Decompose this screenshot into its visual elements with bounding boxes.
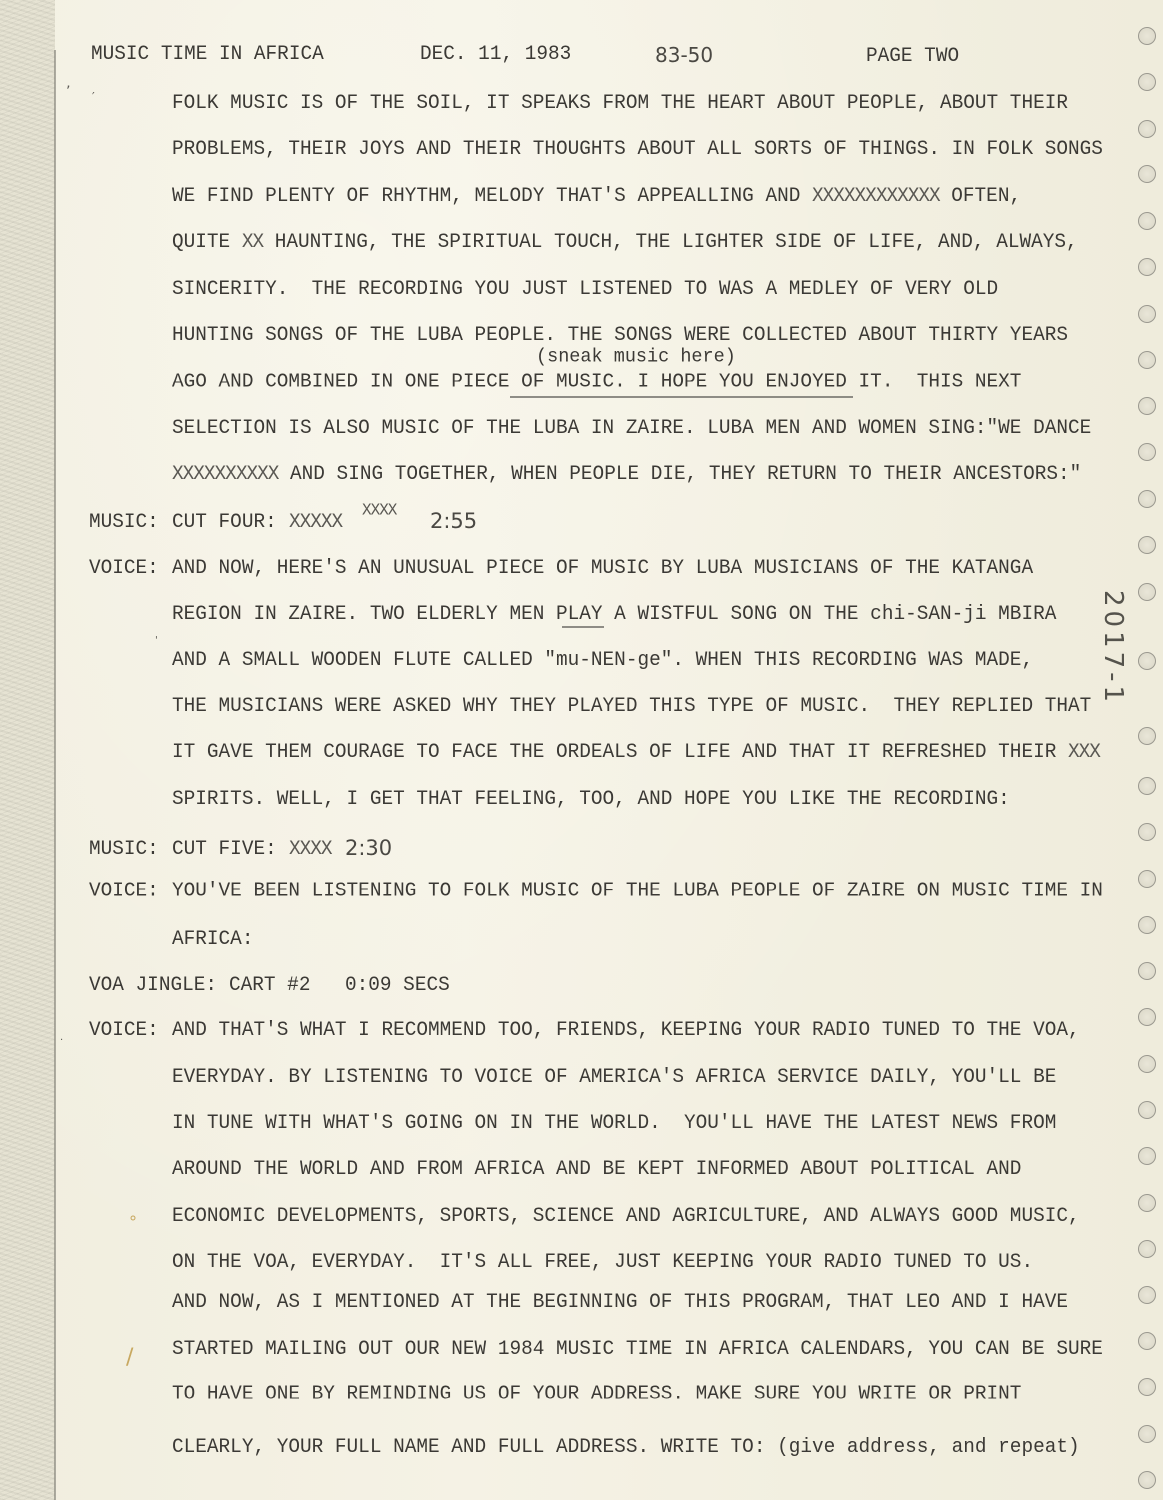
body-text: AND SING TOGETHER, WHEN PEOPLE DIE, THEY… — [278, 462, 1081, 485]
body-line: AND A SMALL WOODEN FLUTE CALLED "mu-NEN-… — [172, 649, 1033, 670]
header-date: DEC. 11, 1983 — [420, 43, 571, 64]
body-line: CLEARLY, YOUR FULL NAME AND FULL ADDRESS… — [172, 1436, 1080, 1457]
strikeout-text: XXXX — [362, 500, 396, 521]
binder-hole — [1138, 351, 1156, 369]
body-text: QUITE — [172, 230, 242, 253]
binder-hole — [1138, 443, 1156, 461]
binder-hole — [1138, 490, 1156, 508]
binder-hole — [1138, 397, 1156, 415]
stray-mark: / — [126, 1345, 133, 1370]
binder-hole — [1138, 165, 1156, 183]
cue-text: CUT FIVE: — [172, 838, 277, 859]
body-line: AROUND THE WORLD AND FROM AFRICA AND BE … — [172, 1158, 1021, 1179]
body-line: REGION IN ZAIRE. TWO ELDERLY MEN PLAY A … — [172, 603, 1056, 624]
binder-hole — [1138, 1240, 1156, 1258]
cue-duration: 2:30 — [345, 836, 392, 860]
binder-hole — [1138, 916, 1156, 934]
binder-hole — [1138, 27, 1156, 45]
binder-hole — [1138, 1194, 1156, 1212]
strikeout-text: XXXXX — [289, 511, 342, 532]
body-line: QUITE XX HAUNTING, THE SPIRITUAL TOUCH, … — [172, 231, 1078, 252]
body-line: AND THAT'S WHAT I RECOMMEND TOO, FRIENDS… — [172, 1019, 1080, 1040]
binder-hole — [1138, 583, 1156, 601]
stray-mark: · — [60, 1035, 63, 1046]
body-line: EVERYDAY. BY LISTENING TO VOICE OF AMERI… — [172, 1066, 1056, 1087]
binder-hole — [1138, 823, 1156, 841]
cue-duration: 2:55 — [430, 509, 477, 533]
ink-underline — [562, 626, 604, 628]
body-line: SINCERITY. THE RECORDING YOU JUST LISTEN… — [172, 278, 998, 299]
strikeout-text: XX — [242, 230, 263, 253]
body-line: AGO AND COMBINED IN ONE PIECE OF MUSIC. … — [172, 371, 1021, 392]
body-line: XXXXXXXXXX AND SING TOGETHER, WHEN PEOPL… — [172, 463, 1081, 484]
strikeout-text: XXXX — [289, 838, 332, 859]
strikeout-text: XXX — [1068, 740, 1100, 763]
body-text: HAUNTING, THE SPIRITUAL TOUCH, THE LIGHT… — [263, 230, 1078, 253]
stray-mark: ′ — [92, 90, 95, 104]
binder-hole — [1138, 1101, 1156, 1119]
body-line: AND NOW, HERE'S AN UNUSUAL PIECE OF MUSI… — [172, 557, 1033, 578]
binder-hole — [1138, 777, 1156, 795]
body-text: OFTEN, — [940, 184, 1021, 207]
page-edge-line — [54, 50, 56, 1500]
body-text: IT GAVE THEM COURAGE TO FACE THE ORDEALS… — [172, 740, 1068, 763]
sneak-music-note: (sneak music here) — [536, 347, 736, 368]
cue-text: CUT FOUR: — [172, 511, 277, 532]
strikeout-text: XXXXXXXXXX — [172, 462, 278, 485]
body-line: IN TUNE WITH WHAT'S GOING ON IN THE WORL… — [172, 1112, 1056, 1133]
scan-edge-strip — [0, 0, 55, 1500]
body-line: ON THE VOA, EVERYDAY. IT'S ALL FREE, JUS… — [172, 1251, 1033, 1272]
cue-text: CART #2 — [229, 974, 310, 995]
body-line: SPIRITS. WELL, I GET THAT FEELING, TOO, … — [172, 788, 1010, 809]
binder-hole — [1138, 536, 1156, 554]
binder-hole — [1138, 727, 1156, 745]
margin-handwritten-note: 2017-1 — [1098, 590, 1128, 706]
binder-hole — [1138, 962, 1156, 980]
body-line: STARTED MAILING OUT OUR NEW 1984 MUSIC T… — [172, 1338, 1103, 1359]
stray-mark: ’ — [66, 84, 70, 100]
header-page: PAGE TWO — [866, 45, 959, 66]
ink-underline — [510, 396, 853, 398]
strikeout-text: XXXXXXXXXXXX — [812, 184, 940, 207]
binder-hole — [1138, 258, 1156, 276]
body-line: YOU'VE BEEN LISTENING TO FOLK MUSIC OF T… — [172, 880, 1103, 901]
binder-hole — [1138, 1286, 1156, 1304]
body-line: WE FIND PLENTY OF RHYTHM, MELODY THAT'S … — [172, 185, 1021, 206]
binder-hole — [1138, 212, 1156, 230]
binder-hole — [1138, 1378, 1156, 1396]
cue-duration: 0:09 SECS — [345, 974, 450, 995]
binder-hole — [1138, 870, 1156, 888]
body-text: WE FIND PLENTY OF RHYTHM, MELODY THAT'S … — [172, 184, 812, 207]
body-line: FOLK MUSIC IS OF THE SOIL, IT SPEAKS FRO… — [172, 92, 1068, 113]
body-line: ECONOMIC DEVELOPMENTS, SPORTS, SCIENCE A… — [172, 1205, 1080, 1226]
stray-mark: ∘ — [128, 1208, 138, 1227]
body-line: TO HAVE ONE BY REMINDING US OF YOUR ADDR… — [172, 1383, 1021, 1404]
binder-hole — [1138, 652, 1156, 670]
body-line: AND NOW, AS I MENTIONED AT THE BEGINNING… — [172, 1291, 1068, 1312]
binder-hole — [1138, 1471, 1156, 1489]
cue-label-voice: VOICE: — [89, 557, 159, 578]
binder-hole — [1138, 1055, 1156, 1073]
body-line: THE MUSICIANS WERE ASKED WHY THEY PLAYED… — [172, 695, 1091, 716]
binder-hole — [1138, 1332, 1156, 1350]
binder-hole — [1138, 120, 1156, 138]
binder-hole — [1138, 1008, 1156, 1026]
header-number: 83-50 — [655, 43, 713, 67]
cue-label-music: MUSIC: — [89, 838, 159, 859]
body-line: PROBLEMS, THEIR JOYS AND THEIR THOUGHTS … — [172, 138, 1103, 159]
cue-label-voice: VOICE: — [89, 880, 159, 901]
binder-hole — [1138, 305, 1156, 323]
body-line: IT GAVE THEM COURAGE TO FACE THE ORDEALS… — [172, 741, 1100, 762]
body-line: AFRICA: — [172, 928, 253, 949]
stray-mark: ' — [155, 635, 158, 646]
binder-hole — [1138, 1147, 1156, 1165]
binder-hole — [1138, 1425, 1156, 1443]
header-program: MUSIC TIME IN AFRICA — [91, 43, 324, 64]
cue-label-voice: VOICE: — [89, 1019, 159, 1040]
binder-hole — [1138, 73, 1156, 91]
body-line: SELECTION IS ALSO MUSIC OF THE LUBA IN Z… — [172, 417, 1091, 438]
cue-label-music: MUSIC: — [89, 511, 159, 532]
cue-label-jingle: VOA JINGLE: — [89, 974, 217, 995]
body-line: HUNTING SONGS OF THE LUBA PEOPLE. THE SO… — [172, 324, 1068, 345]
